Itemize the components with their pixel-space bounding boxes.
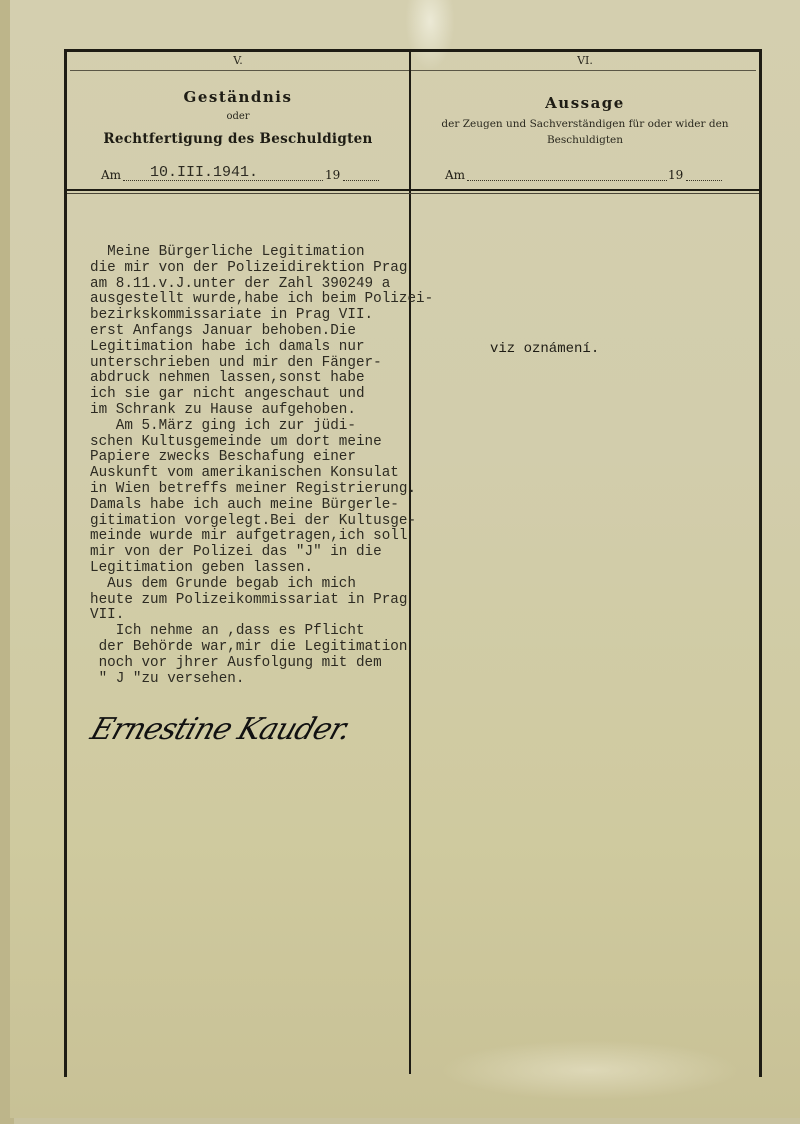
header-divider-thin xyxy=(67,193,759,194)
right-date-line xyxy=(467,180,667,181)
statement-line: Am 5.März ging ich zur jüdi- xyxy=(90,419,460,435)
statement-line: abdruck nehmen lassen,sonst habe xyxy=(90,371,460,387)
statement-line: im Schrank zu Hause aufgehoben. xyxy=(90,403,460,419)
statement-line: heute zum Polizeikommissariat in Prag xyxy=(90,593,460,609)
left-column-number: V. xyxy=(67,54,409,67)
statement-line: noch vor jhrer Ausfolgung mit dem xyxy=(90,656,460,672)
numbering-row-divider xyxy=(70,70,756,71)
statement-line: meinde wurde mir aufgetragen,ich soll xyxy=(90,529,460,545)
left-column-title: Geständnis xyxy=(67,88,409,106)
statement-line: in Wien betreffs meiner Registrierung. xyxy=(90,482,460,498)
right-column-subtitle-line2: Beschuldigten xyxy=(411,134,759,146)
statement-line: erst Anfangs Januar behoben.Die xyxy=(90,324,460,340)
statement-line: gitimation vorgelegt.Bei der Kultusge- xyxy=(90,514,460,530)
statement-line: Auskunft vom amerikanischen Konsulat xyxy=(90,466,460,482)
statement-line: VII. xyxy=(90,608,460,624)
statement-line: die mir von der Polizeidirektion Prag xyxy=(90,261,460,277)
signature: Ernestine Kauder. xyxy=(86,712,355,747)
left-date-value: 10.III.1941. xyxy=(150,164,258,181)
left-column-connector: oder xyxy=(67,111,409,122)
statement-line: schen Kultusgemeinde um dort meine xyxy=(90,435,460,451)
statement-line: Legitimation habe ich damals nur xyxy=(90,340,460,356)
statement-line: Damals habe ich auch meine Bürgerle- xyxy=(90,498,460,514)
statement-line: Ich nehme an ,dass es Pflicht xyxy=(90,624,460,640)
left-am-label: Am xyxy=(101,168,121,182)
statement-line: Aus dem Grunde begab ich mich xyxy=(90,577,460,593)
right-column-subtitle-line1: der Zeugen und Sachverständigen für oder… xyxy=(411,118,759,130)
right-column-number: VI. xyxy=(411,54,759,67)
statement-line: " J "zu versehen. xyxy=(90,672,460,688)
statement-line: unterschrieben und mir den Fänger- xyxy=(90,356,460,372)
right-am-label: Am xyxy=(445,168,465,182)
statement-line: ich sie gar nicht angeschaut und xyxy=(90,387,460,403)
statement-line: der Behörde war,mir die Legitimation xyxy=(90,640,460,656)
left-year-prefix: 19 xyxy=(325,168,340,182)
right-column-title: Aussage xyxy=(411,94,759,112)
statement-line: ausgestellt wurde,habe ich beim Polizei- xyxy=(90,292,460,308)
header-divider xyxy=(67,189,759,191)
statement-line: mir von der Polizei das "J" in die xyxy=(90,545,460,561)
left-year-line xyxy=(343,180,379,181)
statement-line: bezirkskommissariate in Prag VII. xyxy=(90,308,460,324)
statement-line: am 8.11.v.J.unter der Zahl 390249 a xyxy=(90,277,460,293)
testimony-text: viz oznámení. xyxy=(490,341,599,357)
statement-text: Meine Bürgerliche Legitimationdie mir vo… xyxy=(90,245,460,687)
right-year-line xyxy=(686,180,722,181)
left-column-subtitle: Rechtfertigung des Beschuldigten xyxy=(67,131,409,147)
statement-line: Meine Bürgerliche Legitimation xyxy=(90,245,460,261)
right-year-prefix: 19 xyxy=(668,168,683,182)
statement-line: Papiere zwecks Beschafung einer xyxy=(90,450,460,466)
statement-line: Legitimation geben lassen. xyxy=(90,561,460,577)
